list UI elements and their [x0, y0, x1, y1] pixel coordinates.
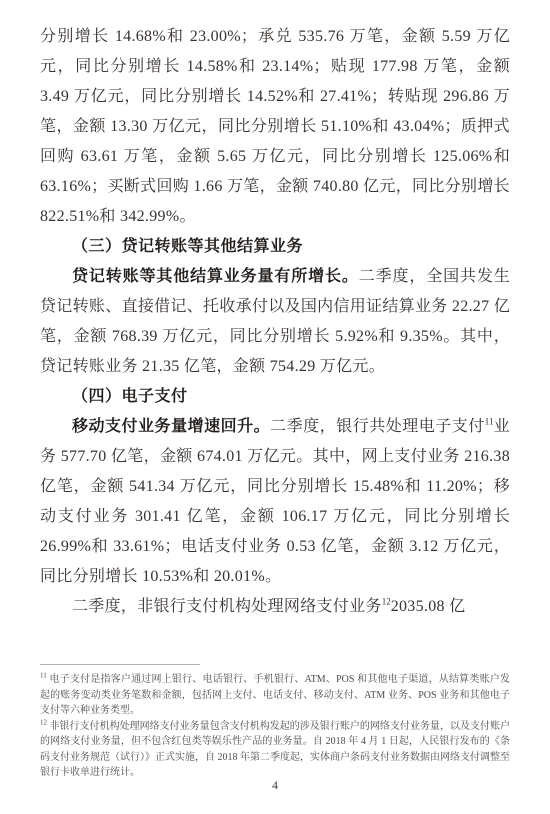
paragraph-electronic-payment: 移动支付业务量增速回升。二季度，银行共处理电子支付11业务 577.70 亿笔，…	[40, 412, 510, 592]
footnote-marker-11: 11	[40, 672, 47, 680]
paragraph-text: 分别增长 14.68%和 23.00%；承兑 535.76 万笔，金额 5.59…	[40, 28, 510, 225]
paragraph-bill-business-continuation: 分别增长 14.68%和 23.00%；承兑 535.76 万笔，金额 5.59…	[40, 22, 510, 232]
paragraph-network-payment: 二季度，非银行支付机构处理网络支付业务122035.08 亿	[40, 592, 510, 622]
paragraph-text: 二季度，银行共处理电子支付	[270, 418, 485, 435]
footnote-text: 电子支付是指客户通过网上银行、电话银行、手机银行、ATM、POS 和其他电子渠道…	[40, 674, 510, 716]
footnote-ref-12: 12	[382, 597, 391, 607]
page-number: 4	[0, 778, 550, 793]
paragraph-credit-transfer: 贷记转账等其他结算业务量有所增长。二季度，全国共发生贷记转账、直接借记、托收承付…	[40, 262, 510, 382]
document-body: 分别增长 14.68%和 23.00%；承兑 535.76 万笔，金额 5.59…	[40, 22, 510, 622]
footnote-11: 11 电子支付是指客户通过网上银行、电话银行、手机银行、ATM、POS 和其他电…	[40, 672, 510, 719]
section-heading-4: （四）电子支付	[40, 382, 510, 412]
document-page: 分别增长 14.68%和 23.00%；承兑 535.76 万笔，金额 5.59…	[0, 0, 550, 814]
lead-sentence-mobile-payment: 移动支付业务量增速回升。	[72, 418, 270, 435]
paragraph-text: 2035.08 亿	[391, 598, 466, 615]
footnote-separator	[40, 664, 200, 665]
footnote-12: 12 非银行支付机构处理网络支付业务量包含支付机构发起的涉及银行账户的网络支付业…	[40, 719, 510, 781]
footnotes-section: 11 电子支付是指客户通过网上银行、电话银行、手机银行、ATM、POS 和其他电…	[40, 664, 510, 781]
footnote-marker-12: 12	[40, 718, 47, 726]
footnote-text: 非银行支付机构处理网络支付业务量包含支付机构发起的涉及银行账户的网络支付业务量，…	[40, 721, 510, 779]
section-heading-3: （三）贷记转账等其他结算业务	[40, 232, 510, 262]
paragraph-text: 业务 577.70 亿笔，金额 674.01 万亿元。其中，网上支付业务 216…	[40, 418, 510, 585]
lead-sentence-credit-transfer: 贷记转账等其他结算业务量有所增长。	[72, 268, 359, 285]
paragraph-text: 二季度，非银行支付机构处理网络支付业务	[72, 598, 382, 615]
